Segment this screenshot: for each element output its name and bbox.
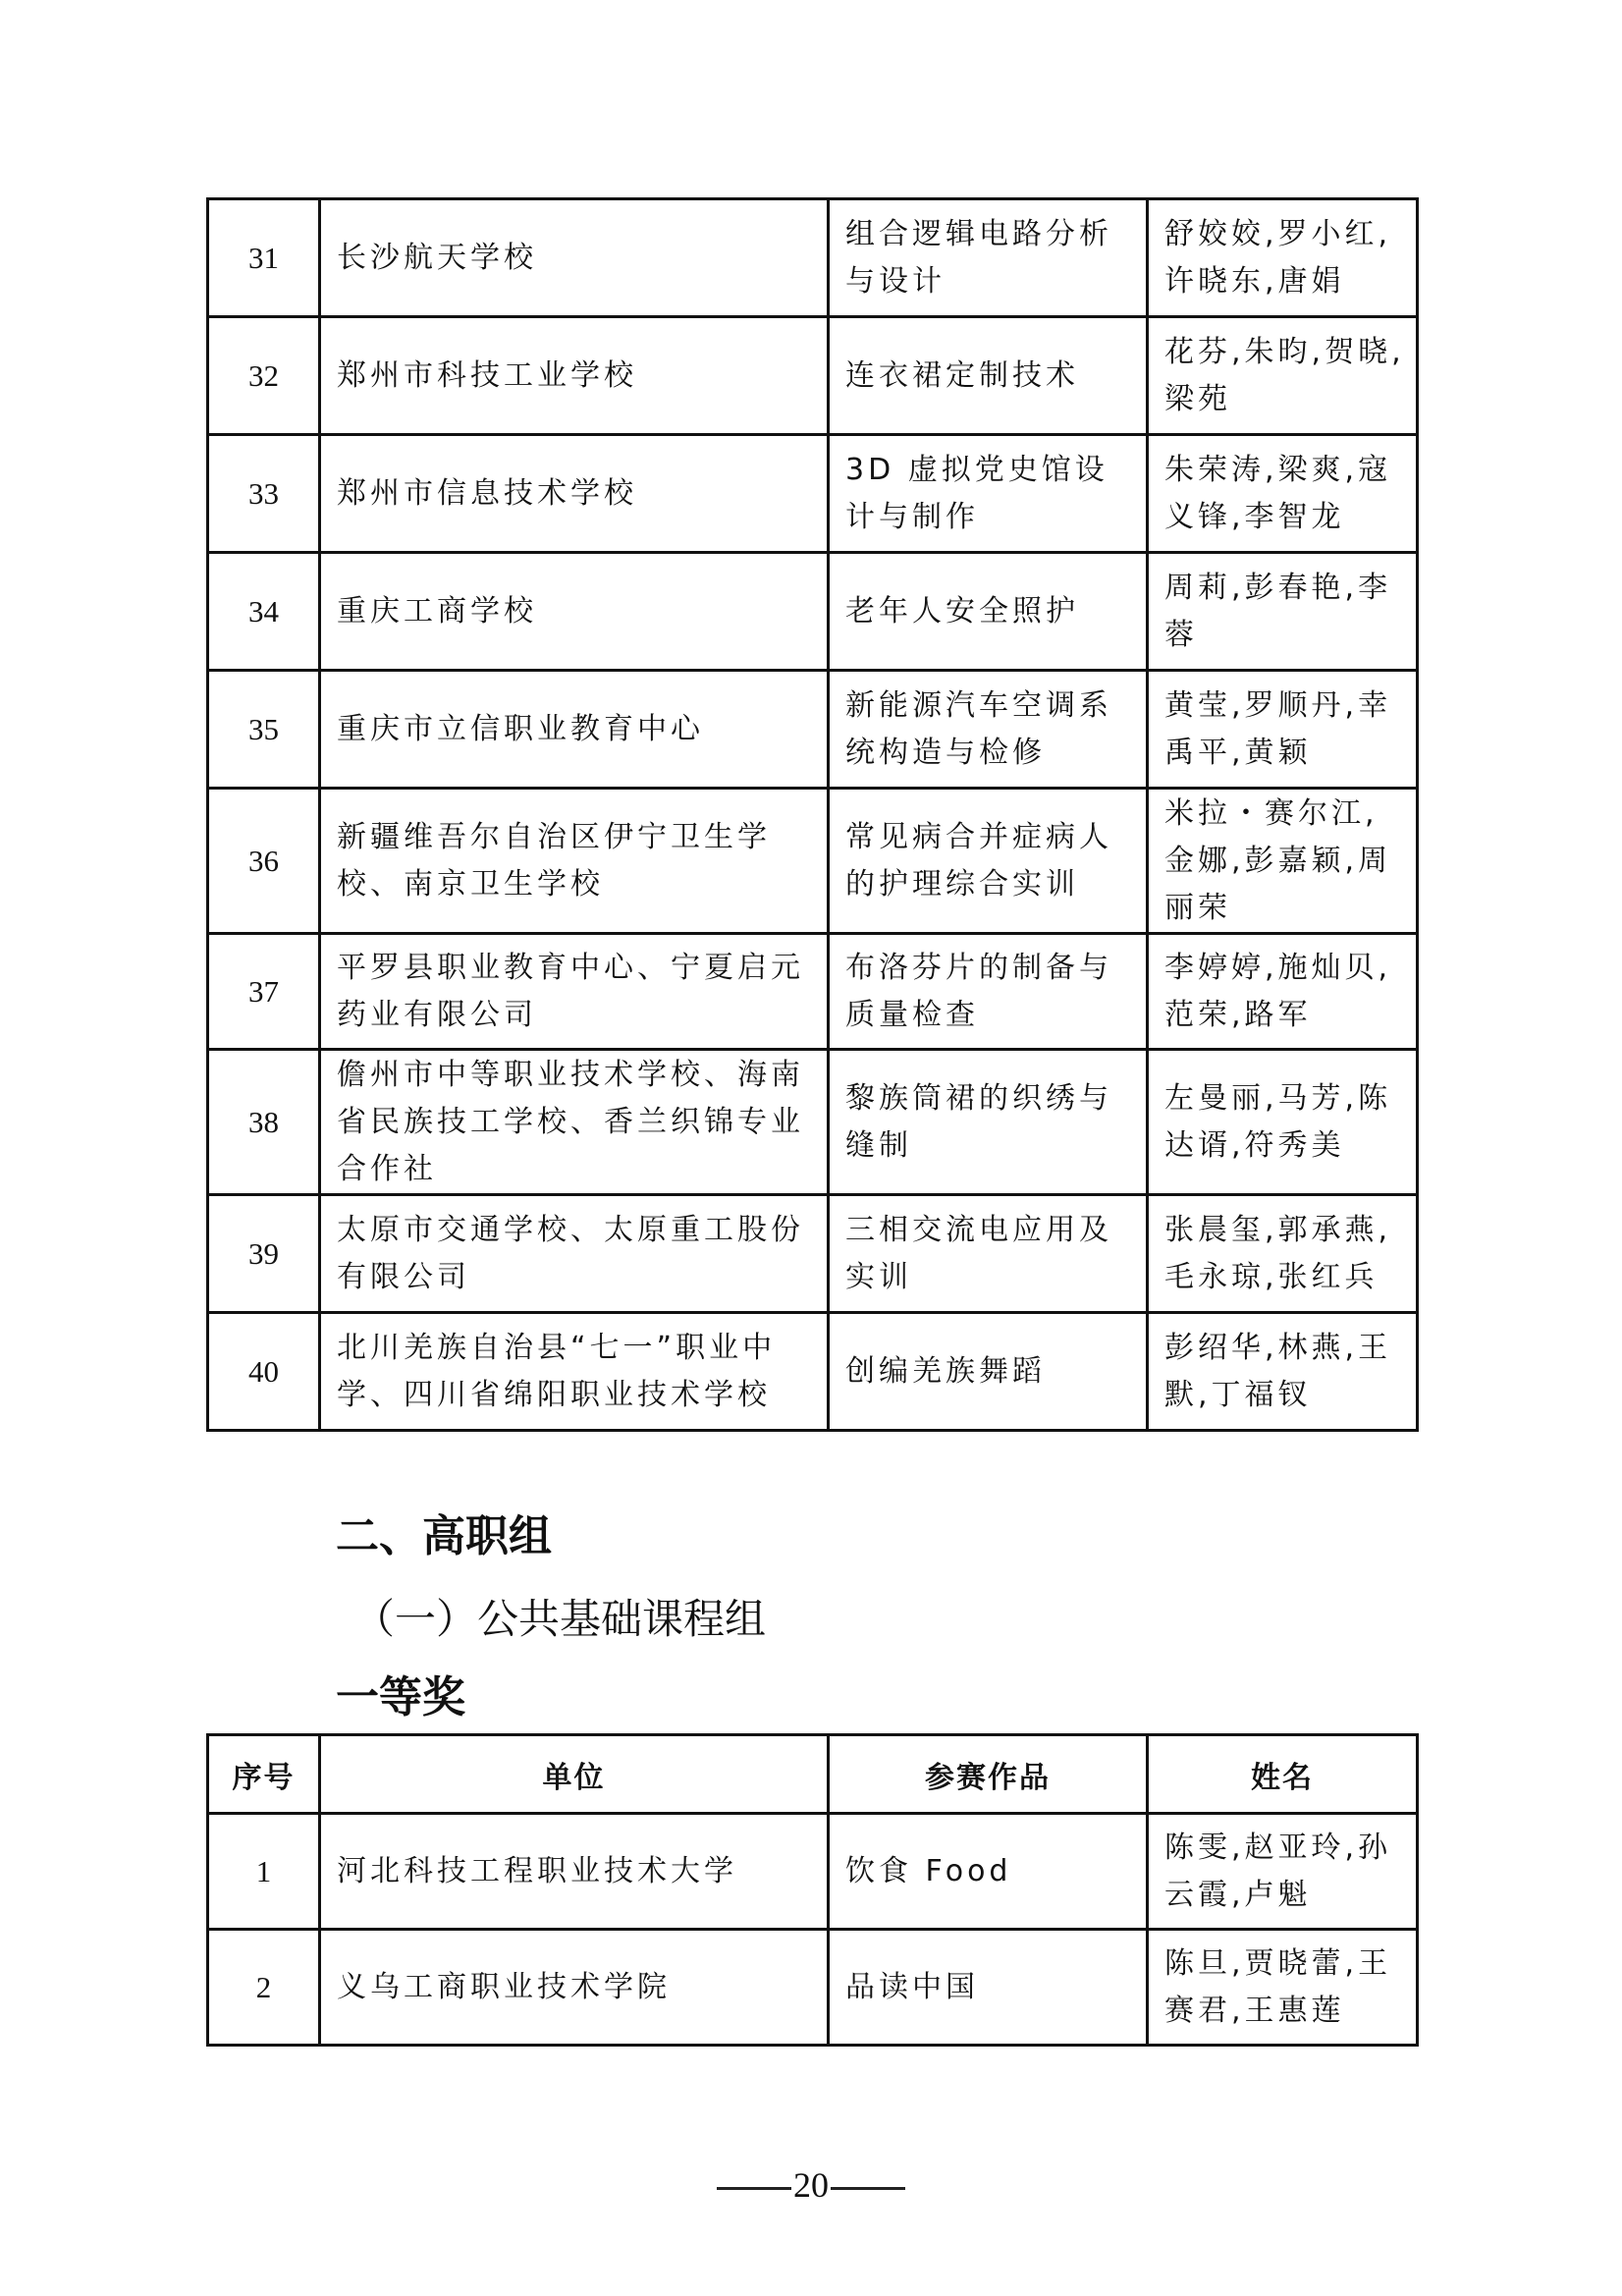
cell-names: 李婷婷,施灿贝,范荣,路军 <box>1148 934 1418 1050</box>
section-heading: 二、高职组 <box>336 1501 552 1563</box>
cell-names: 彭绍华,林燕,王默,丁福钗 <box>1148 1313 1418 1431</box>
cell-names: 陈雯,赵亚玲,孙云霞,卢魁 <box>1148 1814 1418 1930</box>
cell-work: 常见病合并症病人的护理综合实训 <box>829 789 1148 934</box>
table-body: 1河北科技工程职业技术大学饮食 Food陈雯,赵亚玲,孙云霞,卢魁2义乌工商职业… <box>208 1814 1418 2046</box>
cell-work: 品读中国 <box>829 1930 1148 2046</box>
table-body: 31长沙航天学校组合逻辑电路分析与设计舒姣姣,罗小红,许晓东,唐娟32郑州市科技… <box>208 199 1418 1431</box>
cell-unit: 太原市交通学校、太原重工股份有限公司 <box>320 1195 829 1313</box>
table-row: 2义乌工商职业技术学院品读中国陈旦,贾晓蕾,王赛君,王惠莲 <box>208 1930 1418 2046</box>
cell-unit: 平罗县职业教育中心、宁夏启元药业有限公司 <box>320 934 829 1050</box>
cell-number: 40 <box>208 1313 320 1431</box>
table-row: 34重庆工商学校老年人安全照护周莉,彭春艳,李蓉 <box>208 553 1418 671</box>
header-no: 序号 <box>208 1735 320 1814</box>
cell-unit: 义乌工商职业技术学院 <box>320 1930 829 2046</box>
cell-names: 周莉,彭春艳,李蓉 <box>1148 553 1418 671</box>
cell-names: 舒姣姣,罗小红,许晓东,唐娟 <box>1148 199 1418 317</box>
cell-work: 老年人安全照护 <box>829 553 1148 671</box>
cell-names: 黄莹,罗顺丹,幸禹平,黄颖 <box>1148 671 1418 789</box>
cell-unit: 儋州市中等职业技术学校、海南省民族技工学校、香兰织锦专业合作社 <box>320 1050 829 1195</box>
cell-number: 35 <box>208 671 320 789</box>
cell-work: 新能源汽车空调系统构造与检修 <box>829 671 1148 789</box>
cell-work: 饮食 Food <box>829 1814 1148 1930</box>
table-row: 40北川羌族自治县“七一”职业中学、四川省绵阳职业技术学校创编羌族舞蹈彭绍华,林… <box>208 1313 1418 1431</box>
cell-unit: 长沙航天学校 <box>320 199 829 317</box>
cell-unit: 河北科技工程职业技术大学 <box>320 1814 829 1930</box>
award-level-heading: 一等奖 <box>336 1662 465 1724</box>
cell-unit: 重庆市立信职业教育中心 <box>320 671 829 789</box>
table-row: 33郑州市信息技术学校3D 虚拟党史馆设计与制作朱荣涛,梁爽,寇义锋,李智龙 <box>208 435 1418 553</box>
cell-work: 连衣裙定制技术 <box>829 317 1148 435</box>
cell-names: 左曼丽,马芳,陈达谞,符秀美 <box>1148 1050 1418 1195</box>
cell-names: 陈旦,贾晓蕾,王赛君,王惠莲 <box>1148 1930 1418 2046</box>
header-work: 参赛作品 <box>829 1735 1148 1814</box>
cell-names: 朱荣涛,梁爽,寇义锋,李智龙 <box>1148 435 1418 553</box>
cell-unit: 郑州市科技工业学校 <box>320 317 829 435</box>
table-row: 31长沙航天学校组合逻辑电路分析与设计舒姣姣,罗小红,许晓东,唐娟 <box>208 199 1418 317</box>
table-row: 39太原市交通学校、太原重工股份有限公司三相交流电应用及实训张晨玺,郭承燕,毛永… <box>208 1195 1418 1313</box>
cell-number: 32 <box>208 317 320 435</box>
cell-work: 组合逻辑电路分析与设计 <box>829 199 1148 317</box>
table-row: 38儋州市中等职业技术学校、海南省民族技工学校、香兰织锦专业合作社黎族筒裙的织绣… <box>208 1050 1418 1195</box>
awards-table-first-prize: 序号 单位 参赛作品 姓名 1河北科技工程职业技术大学饮食 Food陈雯,赵亚玲… <box>206 1733 1419 2047</box>
cell-work: 布洛芬片的制备与质量检查 <box>829 934 1148 1050</box>
cell-number: 33 <box>208 435 320 553</box>
page-number: 20 <box>793 2165 829 2205</box>
cell-work: 黎族筒裙的织绣与缝制 <box>829 1050 1148 1195</box>
cell-number: 39 <box>208 1195 320 1313</box>
page-footer: 20 <box>0 2164 1622 2206</box>
cell-number: 2 <box>208 1930 320 2046</box>
cell-number: 34 <box>208 553 320 671</box>
cell-number: 36 <box>208 789 320 934</box>
table-row: 35重庆市立信职业教育中心新能源汽车空调系统构造与检修黄莹,罗顺丹,幸禹平,黄颖 <box>208 671 1418 789</box>
cell-names: 花芬,朱昀,贺晓,梁苑 <box>1148 317 1418 435</box>
cell-names: 张晨玺,郭承燕,毛永琼,张红兵 <box>1148 1195 1418 1313</box>
table-row: 32郑州市科技工业学校连衣裙定制技术花芬,朱昀,贺晓,梁苑 <box>208 317 1418 435</box>
cell-work: 三相交流电应用及实训 <box>829 1195 1148 1313</box>
section-subheading: （一）公共基础课程组 <box>353 1587 766 1646</box>
table-row: 1河北科技工程职业技术大学饮食 Food陈雯,赵亚玲,孙云霞,卢魁 <box>208 1814 1418 1930</box>
cell-number: 1 <box>208 1814 320 1930</box>
cell-unit: 新疆维吾尔自治区伊宁卫生学校、南京卫生学校 <box>320 789 829 934</box>
cell-work: 3D 虚拟党史馆设计与制作 <box>829 435 1148 553</box>
cell-number: 31 <box>208 199 320 317</box>
cell-unit: 北川羌族自治县“七一”职业中学、四川省绵阳职业技术学校 <box>320 1313 829 1431</box>
cell-unit: 重庆工商学校 <box>320 553 829 671</box>
cell-number: 37 <box>208 934 320 1050</box>
cell-number: 38 <box>208 1050 320 1195</box>
table-row: 36新疆维吾尔自治区伊宁卫生学校、南京卫生学校常见病合并症病人的护理综合实训米拉… <box>208 789 1418 934</box>
awards-table-continued: 31长沙航天学校组合逻辑电路分析与设计舒姣姣,罗小红,许晓东,唐娟32郑州市科技… <box>206 197 1419 1432</box>
header-row: 序号 单位 参赛作品 姓名 <box>208 1735 1418 1814</box>
table-row: 37平罗县职业教育中心、宁夏启元药业有限公司布洛芬片的制备与质量检查李婷婷,施灿… <box>208 934 1418 1050</box>
cell-work: 创编羌族舞蹈 <box>829 1313 1148 1431</box>
cell-names: 米拉・赛尔江,金娜,彭嘉颖,周丽荣 <box>1148 789 1418 934</box>
header-unit: 单位 <box>320 1735 829 1814</box>
table-header: 序号 单位 参赛作品 姓名 <box>208 1735 1418 1814</box>
header-names: 姓名 <box>1148 1735 1418 1814</box>
footer-dash-left <box>717 2187 791 2190</box>
cell-unit: 郑州市信息技术学校 <box>320 435 829 553</box>
footer-dash-right <box>831 2187 905 2190</box>
